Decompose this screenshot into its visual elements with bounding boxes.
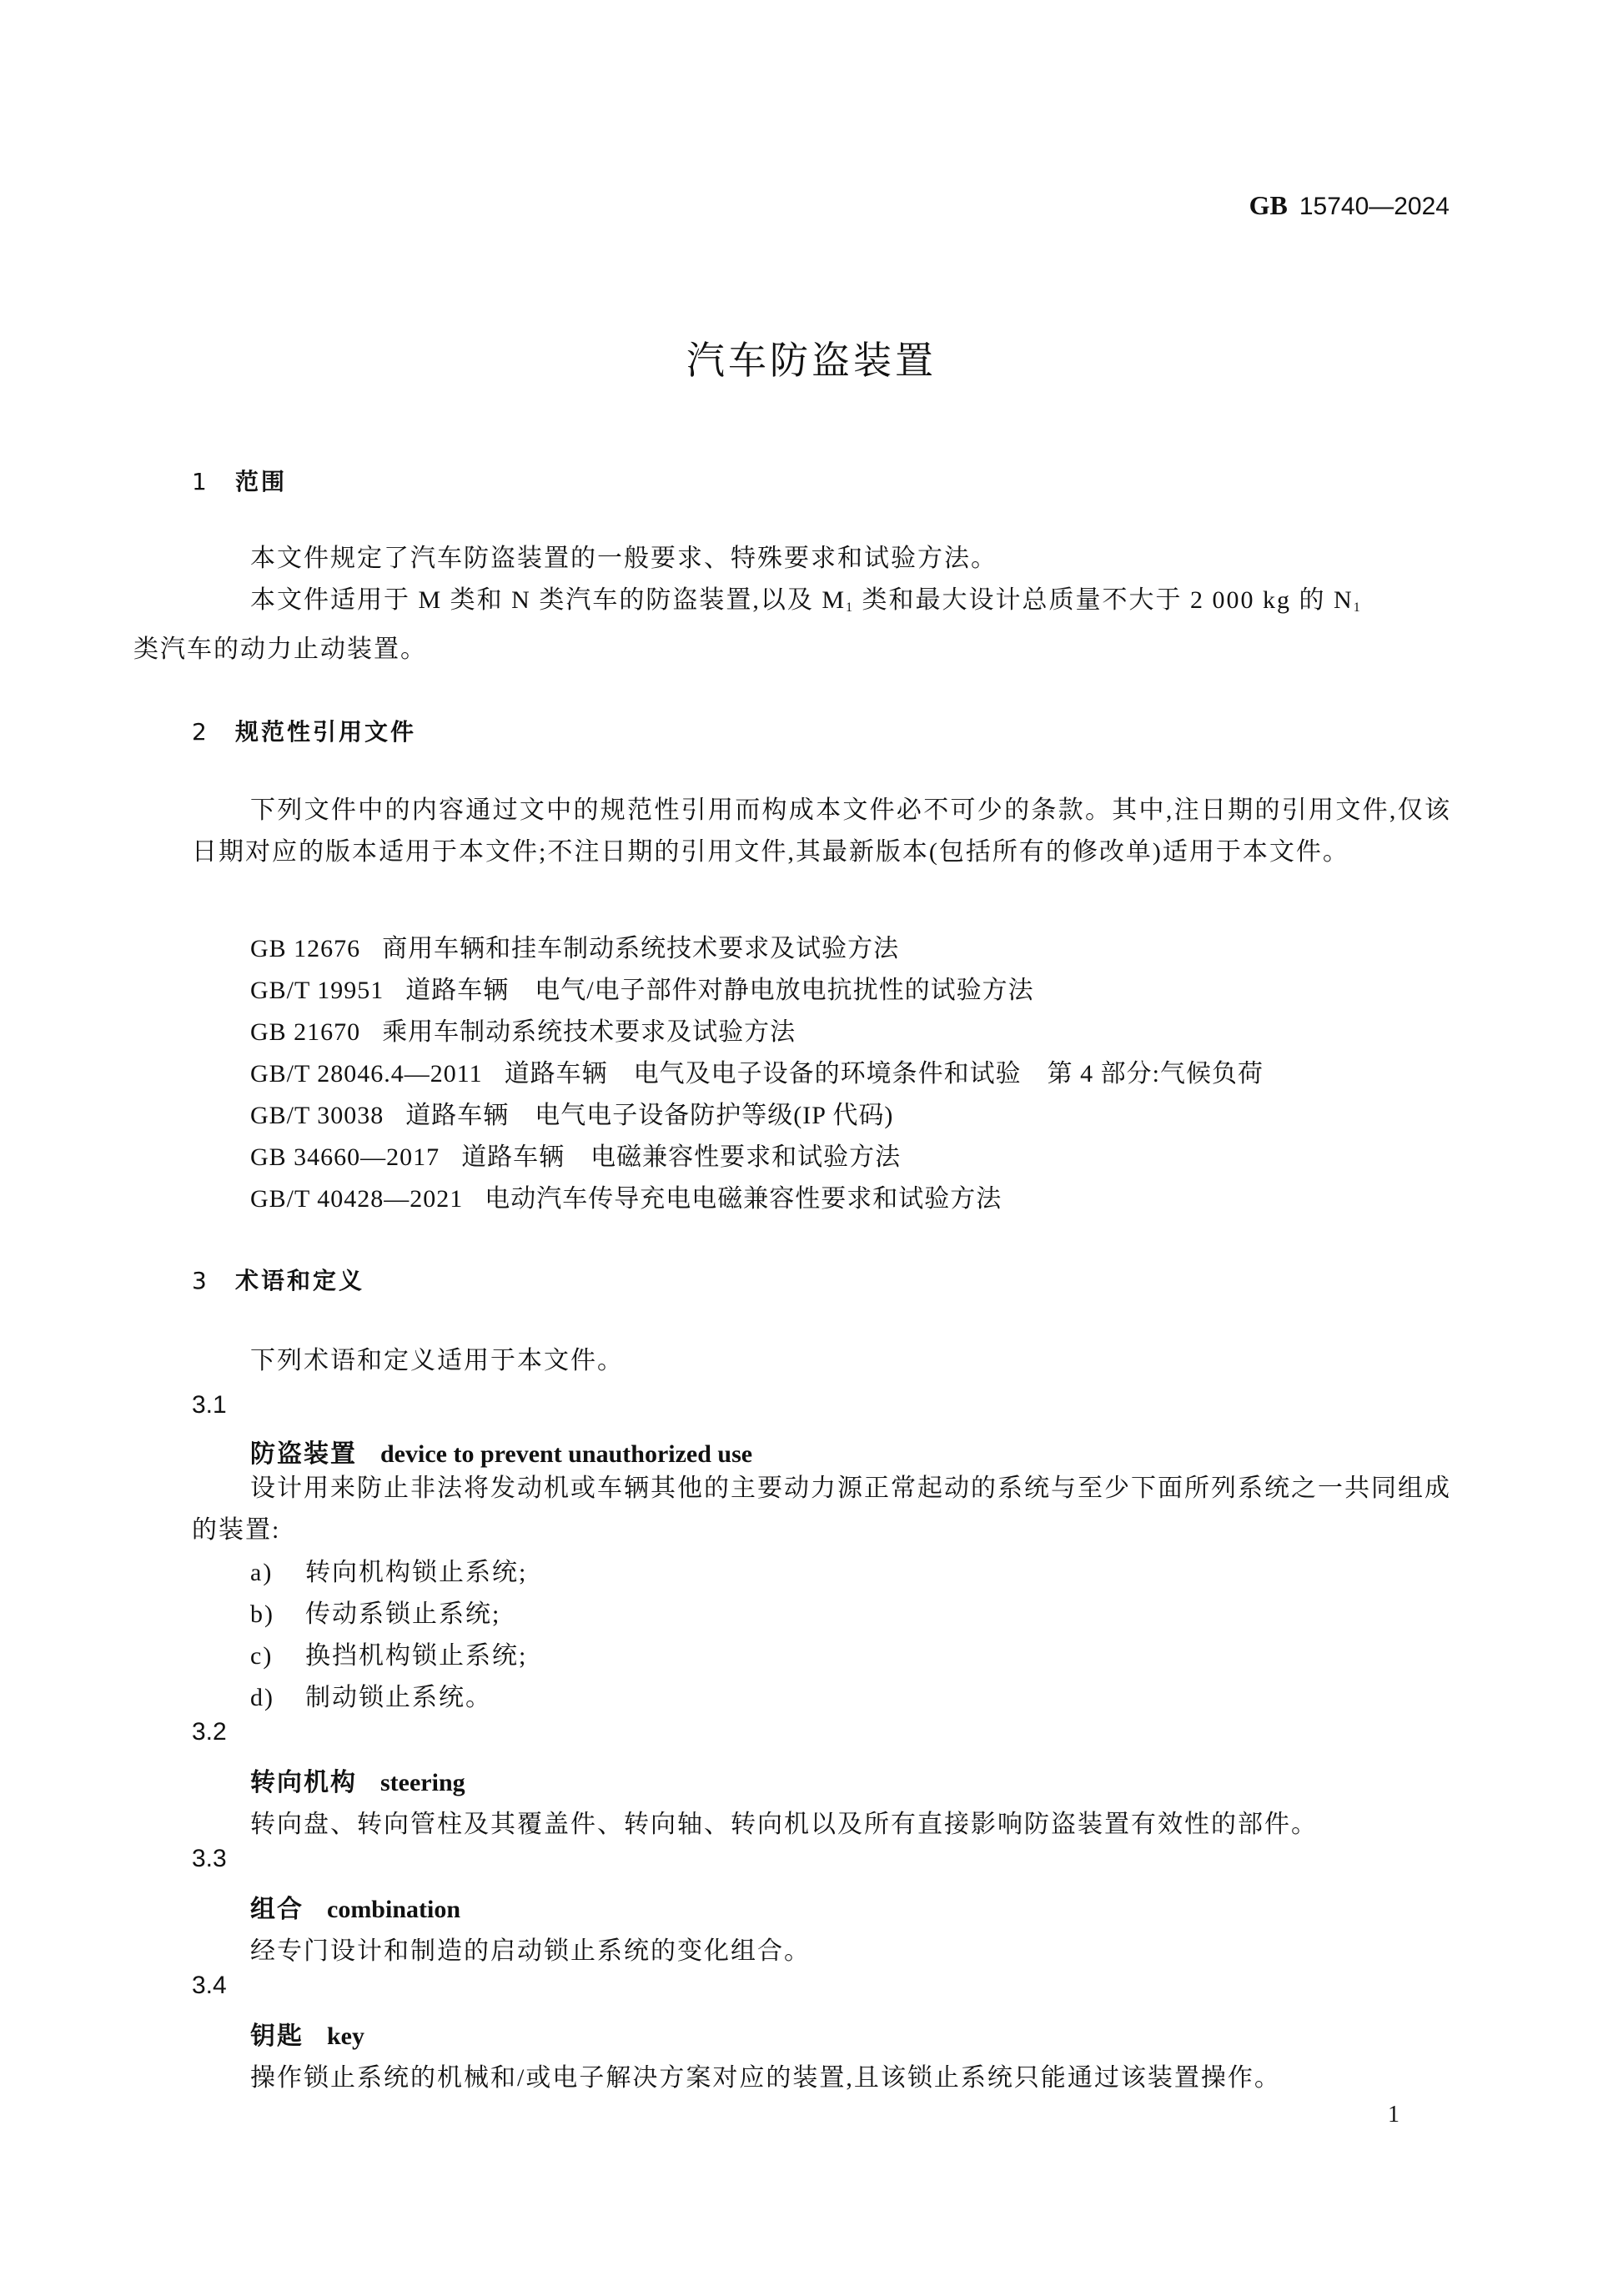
term-entry: 钥匙key (250, 2015, 364, 2052)
clause-number: 3.3 (192, 1845, 227, 1873)
term-english: steering (380, 1769, 465, 1796)
list-marker: b) (250, 1600, 305, 1629)
standard-number: 15740—2024 (1299, 193, 1450, 220)
section-title: 范围 (235, 468, 287, 495)
reference-code: GB/T 28046.4—2011 (250, 1060, 483, 1088)
reference-item: GB/T 28046.4—2011道路车辆 电气及电子设备的环境条件和试验 第 … (250, 1053, 1264, 1089)
list-item: b)传动系锁止系统; (250, 1593, 500, 1630)
text-run: 本文件适用于 M 类和 N 类汽车的防盗装置,以及 M (250, 586, 846, 614)
term-chinese: 转向机构 (250, 1768, 357, 1797)
references-intro: 下列文件中的内容通过文中的规范性引用而构成本文件必不可少的条款。其中,注日期的引… (192, 790, 1451, 873)
list-item: c)换挡机构锁止系统; (250, 1635, 527, 1671)
reference-title: 道路车辆 电磁兼容性要求和试验方法 (461, 1143, 901, 1171)
list-item: d)制动锁止系统。 (250, 1676, 492, 1713)
scope-paragraph-2: 本文件适用于 M 类和 N 类汽车的防盗装置,以及 M1 类和最大设计总质量不大… (192, 580, 1451, 671)
term-chinese: 钥匙 (250, 2022, 304, 2051)
section-number: 2 (192, 718, 235, 746)
terms-intro: 下列术语和定义适用于本文件。 (192, 1340, 1451, 1382)
reference-code: GB/T 19951 (250, 977, 384, 1004)
clause-number: 3.2 (192, 1718, 227, 1746)
reference-title: 道路车辆 电气/电子部件对静电放电抗扰性的试验方法 (405, 977, 1033, 1004)
clause-number: 3.4 (192, 1972, 227, 2000)
list-marker: c) (250, 1642, 305, 1671)
reference-code: GB/T 30038 (250, 1102, 384, 1129)
reference-item: GB/T 40428—2021电动汽车传导充电电磁兼容性要求和试验方法 (250, 1178, 1002, 1214)
list-text: 转向机构锁止系统; (305, 1559, 527, 1586)
page-number: 1 (1388, 2102, 1399, 2128)
reference-item: GB/T 19951道路车辆 电气/电子部件对静电放电抗扰性的试验方法 (250, 969, 1034, 1006)
reference-code: GB 34660—2017 (250, 1143, 440, 1171)
term-definition: 转向盘、转向管柱及其覆盖件、转向轴、转向机以及所有直接影响防盗装置有效性的部件。 (250, 1803, 1318, 1840)
term-entry: 防盗装置device to prevent unauthorized use (250, 1433, 752, 1470)
section-heading-2: 2规范性引用文件 (192, 714, 416, 747)
section-number: 3 (192, 1267, 235, 1294)
reference-item: GB 21670乘用车制动系统技术要求及试验方法 (250, 1011, 796, 1048)
reference-title: 道路车辆 电气及电子设备的环境条件和试验 第 4 部分:气候负荷 (505, 1060, 1264, 1088)
term-english: device to prevent unauthorized use (380, 1440, 752, 1468)
clause-number: 3.1 (192, 1391, 227, 1419)
reference-title: 道路车辆 电气电子设备防护等级(IP 代码) (405, 1102, 893, 1129)
reference-title: 商用车辆和挂车制动系统技术要求及试验方法 (382, 935, 899, 962)
text-run: 类和最大设计总质量不大于 2 000 kg 的 N (854, 586, 1354, 614)
reference-title: 电动汽车传导充电电磁兼容性要求和试验方法 (485, 1185, 1002, 1213)
list-marker: a) (250, 1559, 305, 1587)
section-title: 术语和定义 (235, 1267, 364, 1294)
subscript: 1 (846, 600, 854, 615)
term-definition: 经专门设计和制造的启动锁止系统的变化组合。 (250, 1930, 811, 1967)
term-chinese: 组合 (250, 1895, 304, 1924)
section-heading-1: 1范围 (192, 464, 287, 497)
standard-code: GB15740—2024 (1249, 190, 1450, 221)
text-run: 类汽车的动力止动装置。 (133, 636, 427, 663)
reference-code: GB/T 40428—2021 (250, 1185, 463, 1213)
term-entry: 组合combination (250, 1888, 460, 1925)
standard-prefix: GB (1249, 190, 1288, 220)
section-heading-3: 3术语和定义 (192, 1263, 364, 1296)
term-definition: 设计用来防止非法将发动机或车辆其他的主要动力源正常起动的系统与至少下面所列系统之… (192, 1468, 1451, 1551)
list-item: a)转向机构锁止系统; (250, 1551, 527, 1588)
reference-item: GB 12676商用车辆和挂车制动系统技术要求及试验方法 (250, 927, 899, 964)
list-marker: d) (250, 1684, 305, 1712)
reference-code: GB 12676 (250, 935, 360, 962)
reference-item: GB 34660—2017道路车辆 电磁兼容性要求和试验方法 (250, 1136, 901, 1173)
list-text: 传动系锁止系统; (305, 1600, 500, 1628)
reference-title: 乘用车制动系统技术要求及试验方法 (382, 1018, 796, 1046)
term-chinese: 防盗装置 (250, 1439, 357, 1469)
section-number: 1 (192, 468, 235, 495)
reference-item: GB/T 30038道路车辆 电气电子设备防护等级(IP 代码) (250, 1094, 893, 1131)
list-text: 换挡机构锁止系统; (305, 1642, 527, 1670)
subscript: 1 (1354, 600, 1362, 615)
reference-code: GB 21670 (250, 1018, 360, 1046)
list-text: 制动锁止系统。 (305, 1684, 492, 1711)
section-title: 规范性引用文件 (235, 718, 416, 746)
scope-paragraph-1: 本文件规定了汽车防盗装置的一般要求、特殊要求和试验方法。 (192, 538, 1451, 580)
term-definition: 操作锁止系统的机械和/或电子解决方案对应的装置,且该锁止系统只能通过该装置操作。 (250, 2057, 1281, 2093)
term-entry: 转向机构steering (250, 1761, 465, 1798)
document-title: 汽车防盗装置 (0, 330, 1623, 385)
term-english: key (327, 2022, 364, 2050)
term-english: combination (327, 1896, 460, 1923)
